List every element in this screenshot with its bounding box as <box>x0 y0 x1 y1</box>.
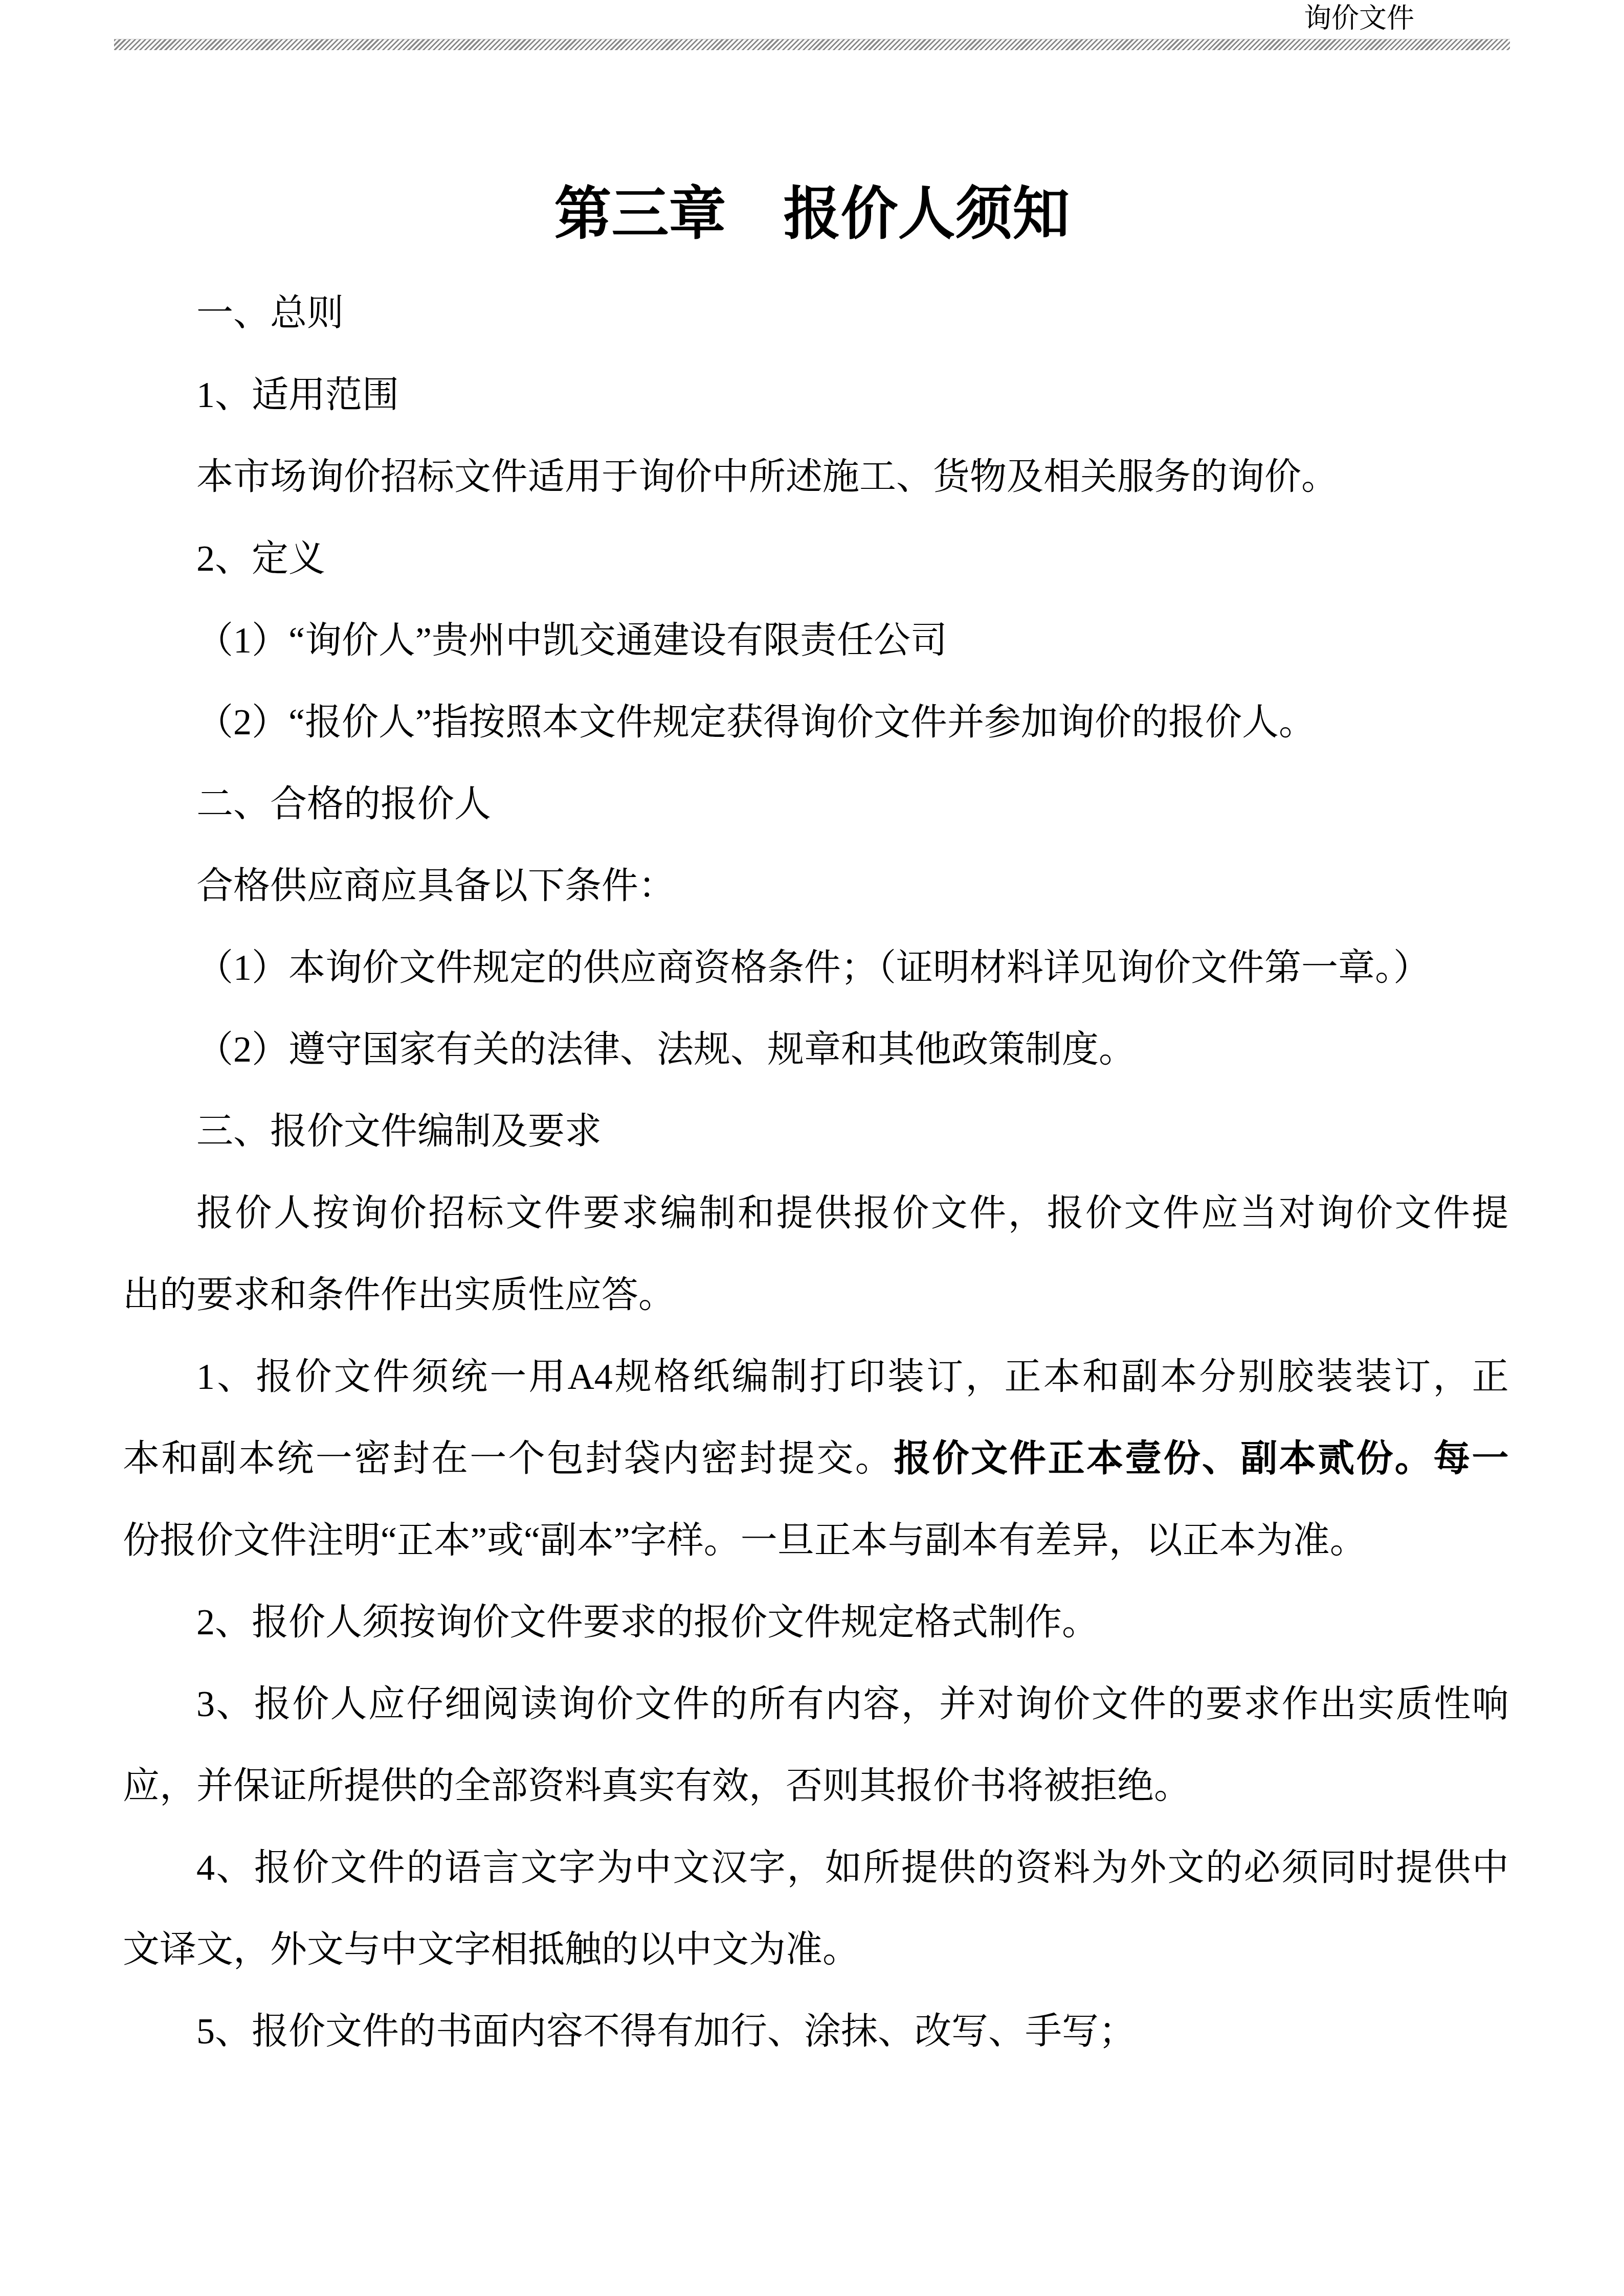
body-line: 本和副本统一密封在一个包封袋内密封提交。报价文件正本壹份、副本贰份。每一 <box>123 1417 1509 1499</box>
document-page: 询价文件 第三章 报价人须知 一、总则 1、适用范围 本市场询价招标文件适用于询… <box>0 0 1624 2296</box>
body-line: 合格供应商应具备以下条件： <box>123 845 1509 927</box>
body-line: 1、报价文件须统一用A4规格纸编制打印装订，正本和副本分别胶装装订，正 <box>123 1336 1509 1417</box>
header-divider-rule <box>114 39 1510 50</box>
chapter-title: 第三章 报价人须知 <box>0 179 1624 251</box>
body-line: 出的要求和条件作出实质性应答。 <box>123 1254 1509 1336</box>
body-line: 文译文，外文与中文字相抵触的以中文为准。 <box>123 1908 1509 1990</box>
body-line: 三、报价文件编制及要求 <box>123 1090 1509 1172</box>
body-line: （1）本询价文件规定的供应商资格条件；（证明材料详见询价文件第一章。） <box>123 927 1509 1008</box>
body-line: 应，并保证所提供的全部资料真实有效，否则其报价书将被拒绝。 <box>123 1745 1509 1827</box>
body-line: 一、总则 <box>123 272 1509 354</box>
body-line: 份报价文件注明“正本”或“副本”字样。一旦正本与副本有差异，以正本为准。 <box>123 1499 1509 1581</box>
body-line: 5、报价文件的书面内容不得有加行、涂抹、改写、手写； <box>123 1990 1509 2072</box>
body-line: 1、适用范围 <box>123 354 1509 436</box>
body-line: 2、报价人须按询价文件要求的报价文件规定格式制作。 <box>123 1581 1509 1663</box>
body-line: 本市场询价招标文件适用于询价中所述施工、货物及相关服务的询价。 <box>123 436 1509 517</box>
page-header-label: 询价文件 <box>1304 3 1414 34</box>
body-line: 4、报价文件的语言文字为中文汉字，如所提供的资料为外文的必须同时提供中 <box>123 1827 1509 1908</box>
body-line: 3、报价人应仔细阅读询价文件的所有内容，并对询价文件的要求作出实质性响 <box>123 1663 1509 1745</box>
body-line: 2、定义 <box>123 517 1509 599</box>
document-body: 一、总则 1、适用范围 本市场询价招标文件适用于询价中所述施工、货物及相关服务的… <box>123 272 1509 2072</box>
body-line: （2）“报价人”指按照本文件规定获得询价文件并参加询价的报价人。 <box>123 681 1509 763</box>
body-line: （2）遵守国家有关的法律、法规、规章和其他政策制度。 <box>123 1008 1509 1090</box>
body-line: 二、合格的报价人 <box>123 763 1509 845</box>
body-line: （1）“询价人”贵州中凯交通建设有限责任公司 <box>123 599 1509 681</box>
body-line: 报价人按询价招标文件要求编制和提供报价文件，报价文件应当对询价文件提 <box>123 1172 1509 1254</box>
